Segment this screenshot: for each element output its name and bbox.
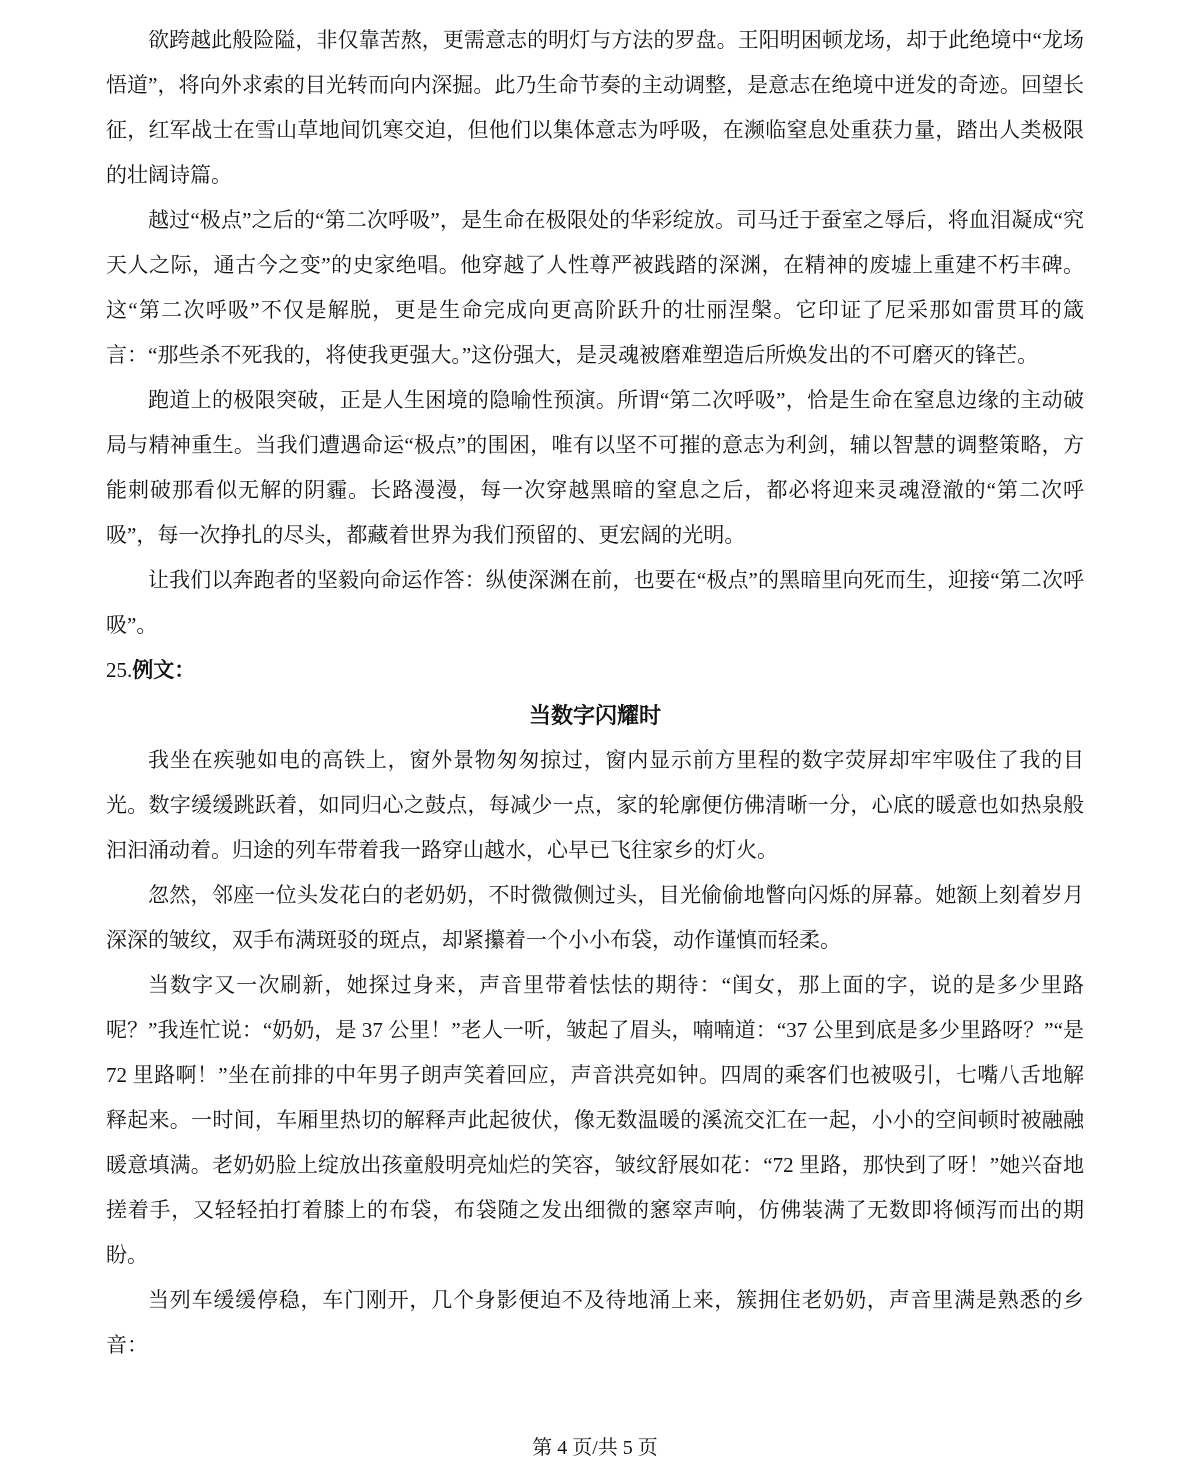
essay1-paragraph-2: 越过“极点”之后的“第二次呼吸”，是生命在极限处的华彩绽放。司马迁于蚕室之辱后，… (106, 198, 1084, 378)
essay2-paragraph-4: 当列车缓缓停稳，车门刚开，几个身影便迫不及待地涌上来，簇拥住老奶奶，声音里满是熟… (106, 1278, 1084, 1368)
document-page: 欲跨越此般险隘，非仅靠苦熬，更需意志的明灯与方法的罗盘。王阳明困顿龙场，却于此绝… (0, 0, 1190, 1469)
essay2-paragraph-3: 当数字又一次刷新，她探过身来，声音里带着怯怯的期待：“闺女，那上面的字，说的是多… (106, 963, 1084, 1278)
essay1-paragraph-1: 欲跨越此般险隘，非仅靠苦熬，更需意志的明灯与方法的罗盘。王阳明困顿龙场，却于此绝… (106, 18, 1084, 198)
essay1-paragraph-4: 让我们以奔跑者的坚毅向命运作答：纵使深渊在前，也要在“极点”的黑暗里向死而生，迎… (106, 558, 1084, 648)
question-25-line: 25.例文： (106, 648, 1084, 693)
document-body: 欲跨越此般险隘，非仅靠苦熬，更需意志的明灯与方法的罗盘。王阳明困顿龙场，却于此绝… (106, 18, 1084, 1368)
page-number-footer: 第 4 页/共 5 页 (0, 1435, 1190, 1461)
essay1-paragraph-3: 跑道上的极限突破，正是人生困境的隐喻性预演。所谓“第二次呼吸”，恰是生命在窒息边… (106, 378, 1084, 558)
question-number: 25. (106, 658, 132, 682)
question-label: 例文： (132, 658, 195, 682)
essay2-title: 当数字闪耀时 (106, 693, 1084, 738)
essay2-paragraph-1: 我坐在疾驰如电的高铁上，窗外景物匆匆掠过，窗内显示前方里程的数字荧屏却牢牢吸住了… (106, 738, 1084, 873)
essay2-paragraph-2: 忽然，邻座一位头发花白的老奶奶，不时微微侧过头，目光偷偷地瞥向闪烁的屏幕。她额上… (106, 873, 1084, 963)
